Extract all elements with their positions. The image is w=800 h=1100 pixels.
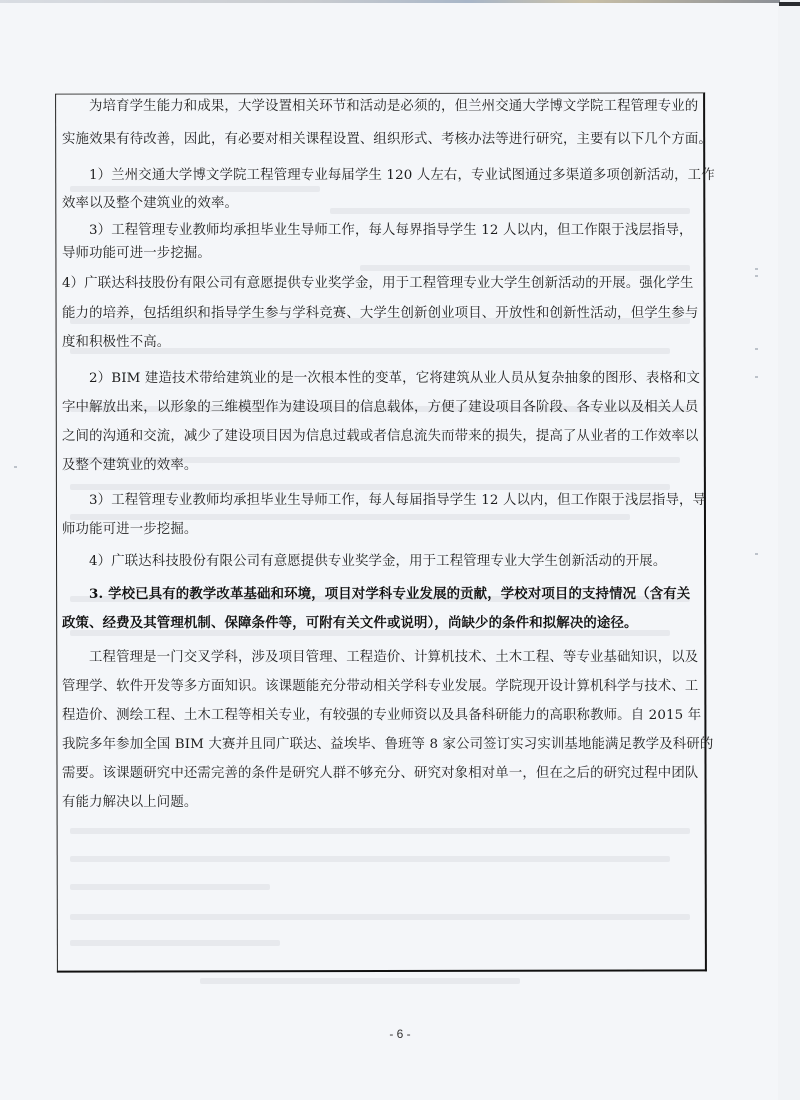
page-number: - 6 - [0,1027,800,1041]
paragraph-line: 3）工程管理专业教师均承担毕业生导师工作，每人每届指导学生 12 人以内，但工作… [62,492,702,510]
scan-speck [755,275,758,277]
scan-speck [755,268,758,270]
paragraph-line: 导师功能可进一步挖掘。 [62,245,702,263]
scan-artifact-corner [779,2,800,6]
bleed-through-text [360,265,690,271]
paragraph-line: 4）广联达科技股份有限公司有意愿提供专业奖学金，用于工程管理专业大学生创新活动的… [62,553,702,571]
scan-speck [755,348,758,350]
bleed-through-text [70,914,690,920]
paragraph-line: 管理学、软件开发等多方面知识。该课题能充分带动相关学科专业发展。学院现开设计算机… [62,678,702,696]
paragraph-line: 能力的培养，包括组织和指导学生参与学科竞赛、大学生创新创业项目、开放性和创新性活… [62,305,702,323]
paragraph-line: 有能力解决以上问题。 [62,794,702,812]
bleed-through-text [70,940,280,946]
bleed-through-text [70,186,320,192]
paragraph-line: 1）兰州交通大学博文学院工程管理专业每届学生 120 人左右，专业试图通过多渠道… [62,167,702,185]
bleed-through-text [70,884,270,890]
paragraph-line: 效率以及整个建筑业的效率。 [62,195,702,213]
paragraph-line: 我院多年参加全国 BIM 大赛并且同广联达、益埃毕、鲁班等 8 家公司签订实习实… [62,736,702,754]
bleed-through-text [70,484,670,490]
bleed-through-text [70,856,670,862]
scan-speck [755,376,758,378]
paragraph-line: 师功能可进一步挖掘。 [62,521,702,539]
bleed-through-text [70,828,690,834]
paragraph-line: 4）广联达科技股份有限公司有意愿提供专业奖学金，用于工程管理专业大学生创新活动的… [62,275,702,293]
scan-speck [14,466,17,468]
paragraph-line: 之间的沟通和交流，减少了建设项目因为信息过载或者信息流失而带来的损失，提高了从业… [62,428,702,446]
paragraph-line: 字中解放出来，以形象的三维模型作为建设项目的信息载体，方便了建设项目各阶段、各专… [62,399,702,417]
section-heading-line: 3. 学校已具有的教学改革基础和环境，项目对学科专业发展的贡献，学校对项目的支持… [62,585,702,603]
bleed-through-text [70,514,630,520]
scan-speck [755,553,758,555]
paragraph-line: 及整个建筑业的效率。 [62,457,702,475]
scan-artifact-top [0,0,780,3]
paragraph-line: 需要。该课题研究中还需完善的条件是研究人群不够充分、研究对象相对单一，但在之后的… [62,765,702,783]
bleed-through-text [200,978,520,984]
section-heading-line: 政策、经费及其管理机制、保障条件等，可附有关文件或说明），尚缺少的条件和拟解决的… [62,614,702,632]
paragraph-line: 实施效果有待改善，因此，有必要对相关课程设置、组织形式、考核办法等进行研究，主要… [62,131,702,149]
paragraph-line: 为培育学生能力和成果，大学设置相关环节和活动是必须的，但兰州交通大学博文学院工程… [62,98,702,116]
paragraph-line: 工程管理是一门交叉学科，涉及项目管理、工程造价、计算机技术、土木工程、等专业基础… [62,649,702,667]
paragraph-line: 2）BIM 建造技术带给建筑业的是一次根本性的变革，它将建筑从业人员从复杂抽象的… [62,370,702,388]
paragraph-line: 程造价、测绘工程、土木工程等相关专业，有较强的专业师资以及具备科研能力的高职称教… [62,707,702,725]
scan-edge [778,0,800,1100]
paragraph-line: 3）工程管理专业教师均承担毕业生导师工作，每人每界指导学生 12 人以内，但工作… [62,222,702,240]
paragraph-line: 度和积极性不高。 [62,334,702,352]
